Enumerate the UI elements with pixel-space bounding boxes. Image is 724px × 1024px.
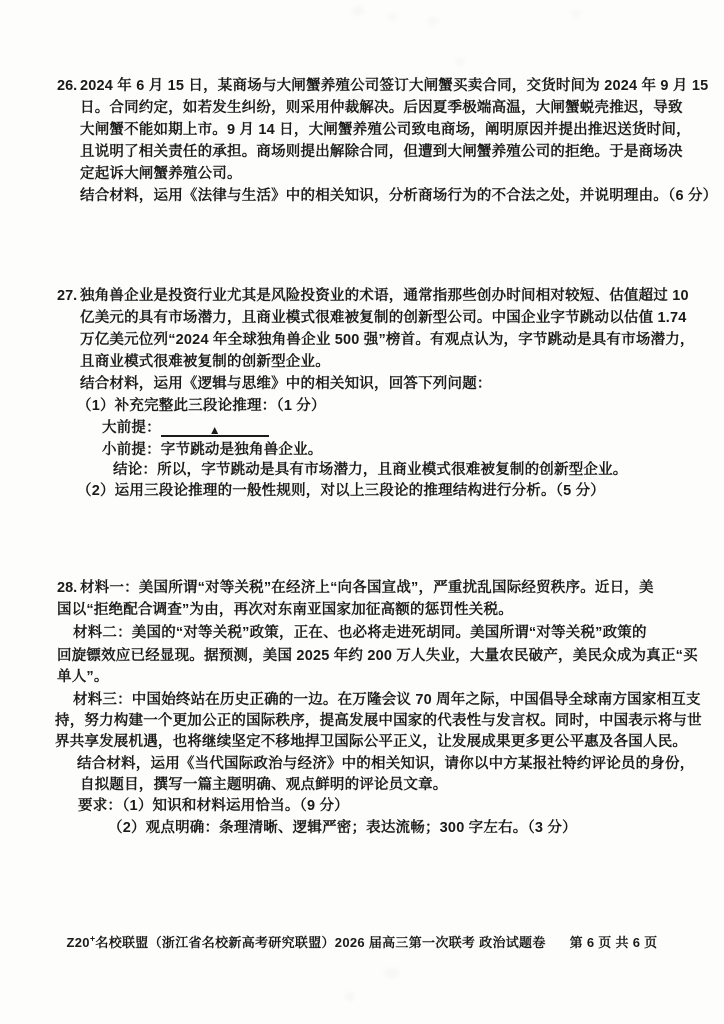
syllogism-conclusion: 结论：所以，字节跳动是具有市场潜力，且商业模式很难被复制的创新型企业。 — [113, 462, 628, 479]
footer-exam-title: 名校联盟（浙江省名校新高考研究联盟）2026 届高三第一次联考 政治试题卷 — [95, 935, 545, 950]
question-26-line: 2024 年 6 月 15 日，某商场与大闸蟹养殖公司签订大闸蟹买卖合同，交货时… — [80, 78, 708, 95]
footer-page-info: 第 6 页 共 6 页 — [570, 935, 658, 950]
question-26-line: 日。合同约定，如若发生纠纷，则采用仲裁解决。后因夏季极端高温，大闸蟹蜕壳推迟，导… — [80, 100, 683, 117]
question-27-line: 且商业模式很难被复制的创新型企业。 — [80, 354, 330, 371]
question-26-task-line: 结合材料，运用《法律与生活》中的相关知识，分析商场行为的不合法之处，并说明理由。… — [80, 188, 717, 205]
question-26-line: 且说明了相关责任的承担。商场则提出解除合同，但遭到大闸蟹养殖公司的拒绝。于是商场… — [80, 144, 683, 161]
question-26-line: 定起诉大闸蟹养殖公司。 — [80, 166, 242, 183]
exam-paper-page: 26. 2024 年 6 月 15 日，某商场与大闸蟹养殖公司签订大闸蟹买卖合同… — [0, 0, 724, 1024]
scan-artifact — [455, 58, 465, 66]
question-27-line: 万亿美元位列“2024 年全球独角兽企业 500 强”榜首。有观点认为，字节跳动… — [80, 332, 695, 349]
scan-artifact — [572, 10, 580, 17]
question-28-material3-line: 持，努力构建一个更加公正的国际秩序，提高发展中国家的代表性与发言权。同时，中国表… — [55, 713, 702, 730]
scan-artifact — [385, 968, 399, 979]
question-28-requirement-line: 要求：（1）知识和材料运用恰当。（9 分） — [78, 798, 349, 815]
question-26-line: 大闸蟹不能如期上市。9 月 14 日，大闸蟹养殖公司致电商场，阐明原因并提出推迟… — [80, 122, 691, 139]
triangle-placeholder: ▲ — [209, 422, 221, 439]
question-27-number: 27. — [57, 288, 77, 305]
question-28-requirement-line: （2）观点明确：条理清晰、逻辑严密；表达流畅；300 字左右。（3 分） — [108, 820, 577, 837]
question-28-material1-line: 国以“拒绝配合调查”为由，再次对东南亚国家加征高额的惩罚性关税。 — [57, 602, 513, 619]
question-27-part2-line: （2）运用三段论推理的一般性规则，对以上三段论的推理结构进行分析。（5 分） — [77, 483, 605, 500]
question-28-task-line: 结合材料，运用《当代国际政治与经济》中的相关知识，请你以中方某报社特约评论员的身… — [77, 756, 694, 773]
blank-underline: ▲ — [161, 420, 269, 437]
major-premise-label: 大前提： — [102, 420, 161, 436]
scan-artifact — [345, 992, 355, 1001]
question-26-number: 26. — [57, 78, 77, 95]
scan-artifact — [428, 17, 438, 25]
scan-artifact — [352, 6, 364, 16]
question-28-material3-line: 界共享发展机遇，也将继续坚定不移地捍卫国际公平正义，让发展成果更多更公平惠及各国… — [55, 734, 687, 751]
question-28-material2-line: 材料二：美国的“对等关税”政策，正在、也必将走进死胡同。美国所谓“对等关税”政策… — [73, 625, 647, 642]
question-27-task-line: 结合材料，运用《逻辑与思维》中的相关知识，回答下列问题： — [80, 376, 492, 393]
syllogism-major-premise: 大前提：▲ — [102, 420, 269, 437]
scan-artifact — [388, 13, 397, 21]
question-28-material3-line: 材料三：中国始终站在历史正确的一边。在万隆会议 70 周年之际，中国倡导全球南方… — [73, 692, 701, 709]
footer-league: Z20 — [67, 935, 90, 950]
syllogism-minor-premise: 小前提：字节跳动是独角兽企业。 — [102, 442, 323, 459]
question-28-material2-line: 单人”。 — [57, 669, 109, 686]
question-27-line: 亿美元的具有市场潜力，且商业模式很难被复制的创新型公司。中国企业字节跳动以估值 … — [80, 310, 687, 327]
question-27-line: 独角兽企业是投资行业尤其是风险投资业的术语，通常指那些创办时间相对较短、估值超过… — [80, 288, 689, 305]
question-28-number: 28. — [57, 580, 77, 597]
page-footer: Z20+名校联盟（浙江省名校新高考研究联盟）2026 届高三第一次联考 政治试题… — [67, 932, 658, 951]
question-27-part1-line: （1）补充完整此三段论推理：（1 分） — [77, 398, 326, 415]
question-28-material2-line: 回旋镖效应已经显现。据预测，美国 2025 年约 200 万人失业，大量农民破产… — [57, 648, 698, 665]
question-28-material1-line: 材料一：美国所谓“对等关税”在经济上“向各国宣战”，严重扰乱国际经贸秩序。近日，… — [80, 580, 654, 597]
question-28-task-line: 自拟题目，撰写一篇主题明确、观点鲜明的评论员文章。 — [80, 777, 448, 794]
